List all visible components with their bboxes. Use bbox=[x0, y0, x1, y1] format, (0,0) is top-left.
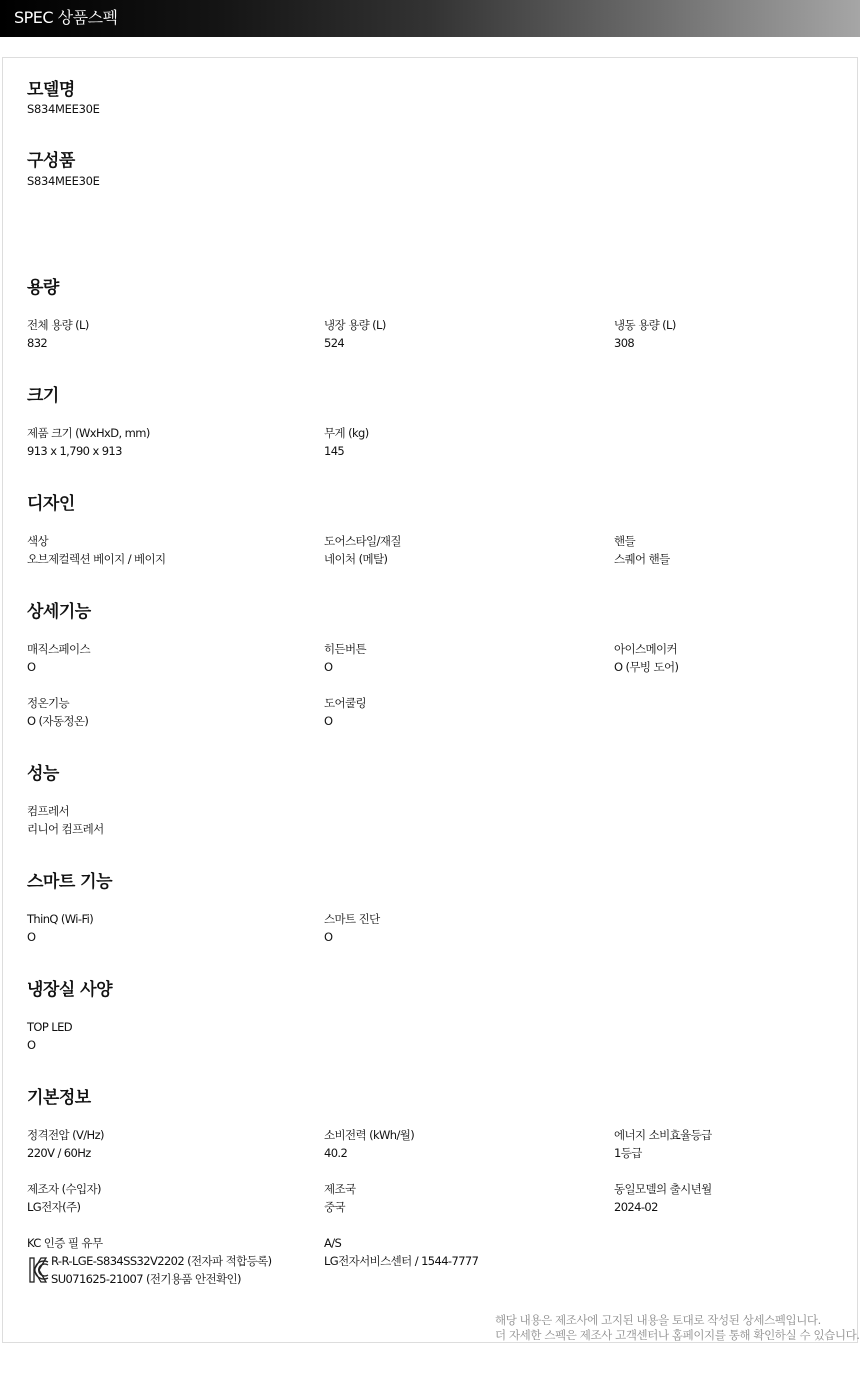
spec-header-bar: SPEC 상품스펙 bbox=[0, 0, 860, 37]
spec-value: 리니어 컴프레서 bbox=[27, 821, 104, 837]
spec-label: 제조국 bbox=[324, 1181, 356, 1197]
spec-value: O (자동정온) bbox=[27, 713, 88, 729]
section-title-basic-info: 기본정보 bbox=[27, 1087, 91, 1109]
spec-label: 에너지 소비효율등급 bbox=[614, 1127, 712, 1143]
spec-value: 524 bbox=[324, 335, 344, 351]
spec-label: 스마트 진단 bbox=[324, 911, 380, 927]
spec-label: 제조자 (수입자) bbox=[27, 1181, 101, 1197]
spec-label: 도어스타일/재질 bbox=[324, 533, 401, 549]
spec-label: 무게 (kg) bbox=[324, 425, 369, 441]
spec-label: 정온기능 bbox=[27, 695, 69, 711]
spec-label: 냉동 용량 (L) bbox=[614, 317, 676, 333]
section-title-smart-features: 스마트 기능 bbox=[27, 871, 112, 893]
spec-value: O bbox=[27, 929, 35, 945]
section-title-detail-features: 상세기능 bbox=[27, 601, 91, 623]
kc-cert-emc: R-R-LGE-S834SS32V2202 (전자파 적합등록) bbox=[51, 1253, 272, 1269]
model-name-value: S834MEE30E bbox=[27, 101, 100, 117]
spec-value: 네이처 (메탈) bbox=[324, 551, 387, 567]
spec-value: 2024-02 bbox=[614, 1199, 658, 1215]
spec-container bbox=[2, 57, 858, 1343]
kc-mark-icon bbox=[29, 1256, 49, 1284]
spec-label: ThinQ (Wi-Fi) bbox=[27, 911, 93, 927]
spec-label: KC 인증 필 유무 bbox=[27, 1235, 102, 1251]
kc-cert-safety: SU071625-21007 (전기용품 안전확인) bbox=[51, 1271, 241, 1287]
section-title-design: 디자인 bbox=[27, 493, 75, 515]
spec-label: 제품 크기 (WxHxD, mm) bbox=[27, 425, 150, 441]
model-name-title: 모델명 bbox=[27, 79, 75, 101]
spec-label: 냉장 용량 (L) bbox=[324, 317, 386, 333]
spec-value: 오브제컬렉션 베이지 / 베이지 bbox=[27, 551, 166, 567]
footer-note-line1: 해당 내용은 제조사에 고지된 내용을 토대로 작성된 상세스펙입니다. bbox=[495, 1312, 821, 1328]
spec-value: O (무빙 도어) bbox=[614, 659, 678, 675]
spec-value: O bbox=[324, 929, 332, 945]
spec-label: 아이스메이커 bbox=[614, 641, 677, 657]
spec-label: 정격전압 (V/Hz) bbox=[27, 1127, 104, 1143]
spec-label: TOP LED bbox=[27, 1019, 72, 1035]
spec-label: 핸들 bbox=[614, 533, 635, 549]
spec-value: 913 x 1,790 x 913 bbox=[27, 443, 122, 459]
spec-value: O bbox=[324, 713, 332, 729]
spec-value: 스퀘어 핸들 bbox=[614, 551, 670, 567]
header-title: SPEC 상품스펙 bbox=[14, 8, 118, 28]
spec-value: O bbox=[27, 659, 35, 675]
spec-value: O bbox=[324, 659, 332, 675]
spec-value: 308 bbox=[614, 335, 634, 351]
spec-value: 832 bbox=[27, 335, 47, 351]
components-title: 구성품 bbox=[27, 150, 75, 172]
spec-value: O bbox=[27, 1037, 35, 1053]
spec-label: 전체 용량 (L) bbox=[27, 317, 89, 333]
spec-label: 매직스페이스 bbox=[27, 641, 90, 657]
spec-value: 1등급 bbox=[614, 1145, 642, 1161]
spec-value: 중국 bbox=[324, 1199, 345, 1215]
spec-value: 145 bbox=[324, 443, 344, 459]
spec-value: 40.2 bbox=[324, 1145, 347, 1161]
spec-value: LG전자서비스센터 / 1544-7777 bbox=[324, 1253, 478, 1269]
footer-note-line2: 더 자세한 스펙은 제조사 고객센터나 홈페이지를 통해 확인하실 수 있습니다… bbox=[495, 1327, 860, 1343]
spec-label: 도어쿨링 bbox=[324, 695, 366, 711]
components-value: S834MEE30E bbox=[27, 173, 100, 189]
section-title-fridge-spec: 냉장실 사양 bbox=[27, 979, 112, 1001]
section-title-size: 크기 bbox=[27, 385, 59, 407]
spec-label: 히든버튼 bbox=[324, 641, 366, 657]
section-title-capacity: 용량 bbox=[27, 277, 59, 299]
spec-label: 컴프레서 bbox=[27, 803, 69, 819]
spec-label: A/S bbox=[324, 1235, 341, 1251]
spec-value: LG전자(주) bbox=[27, 1199, 80, 1215]
spec-label: 동일모델의 출시년월 bbox=[614, 1181, 712, 1197]
spec-value: 220V / 60Hz bbox=[27, 1145, 91, 1161]
section-title-performance: 성능 bbox=[27, 763, 59, 785]
spec-label: 소비전력 (kWh/월) bbox=[324, 1127, 414, 1143]
spec-label: 색상 bbox=[27, 533, 48, 549]
